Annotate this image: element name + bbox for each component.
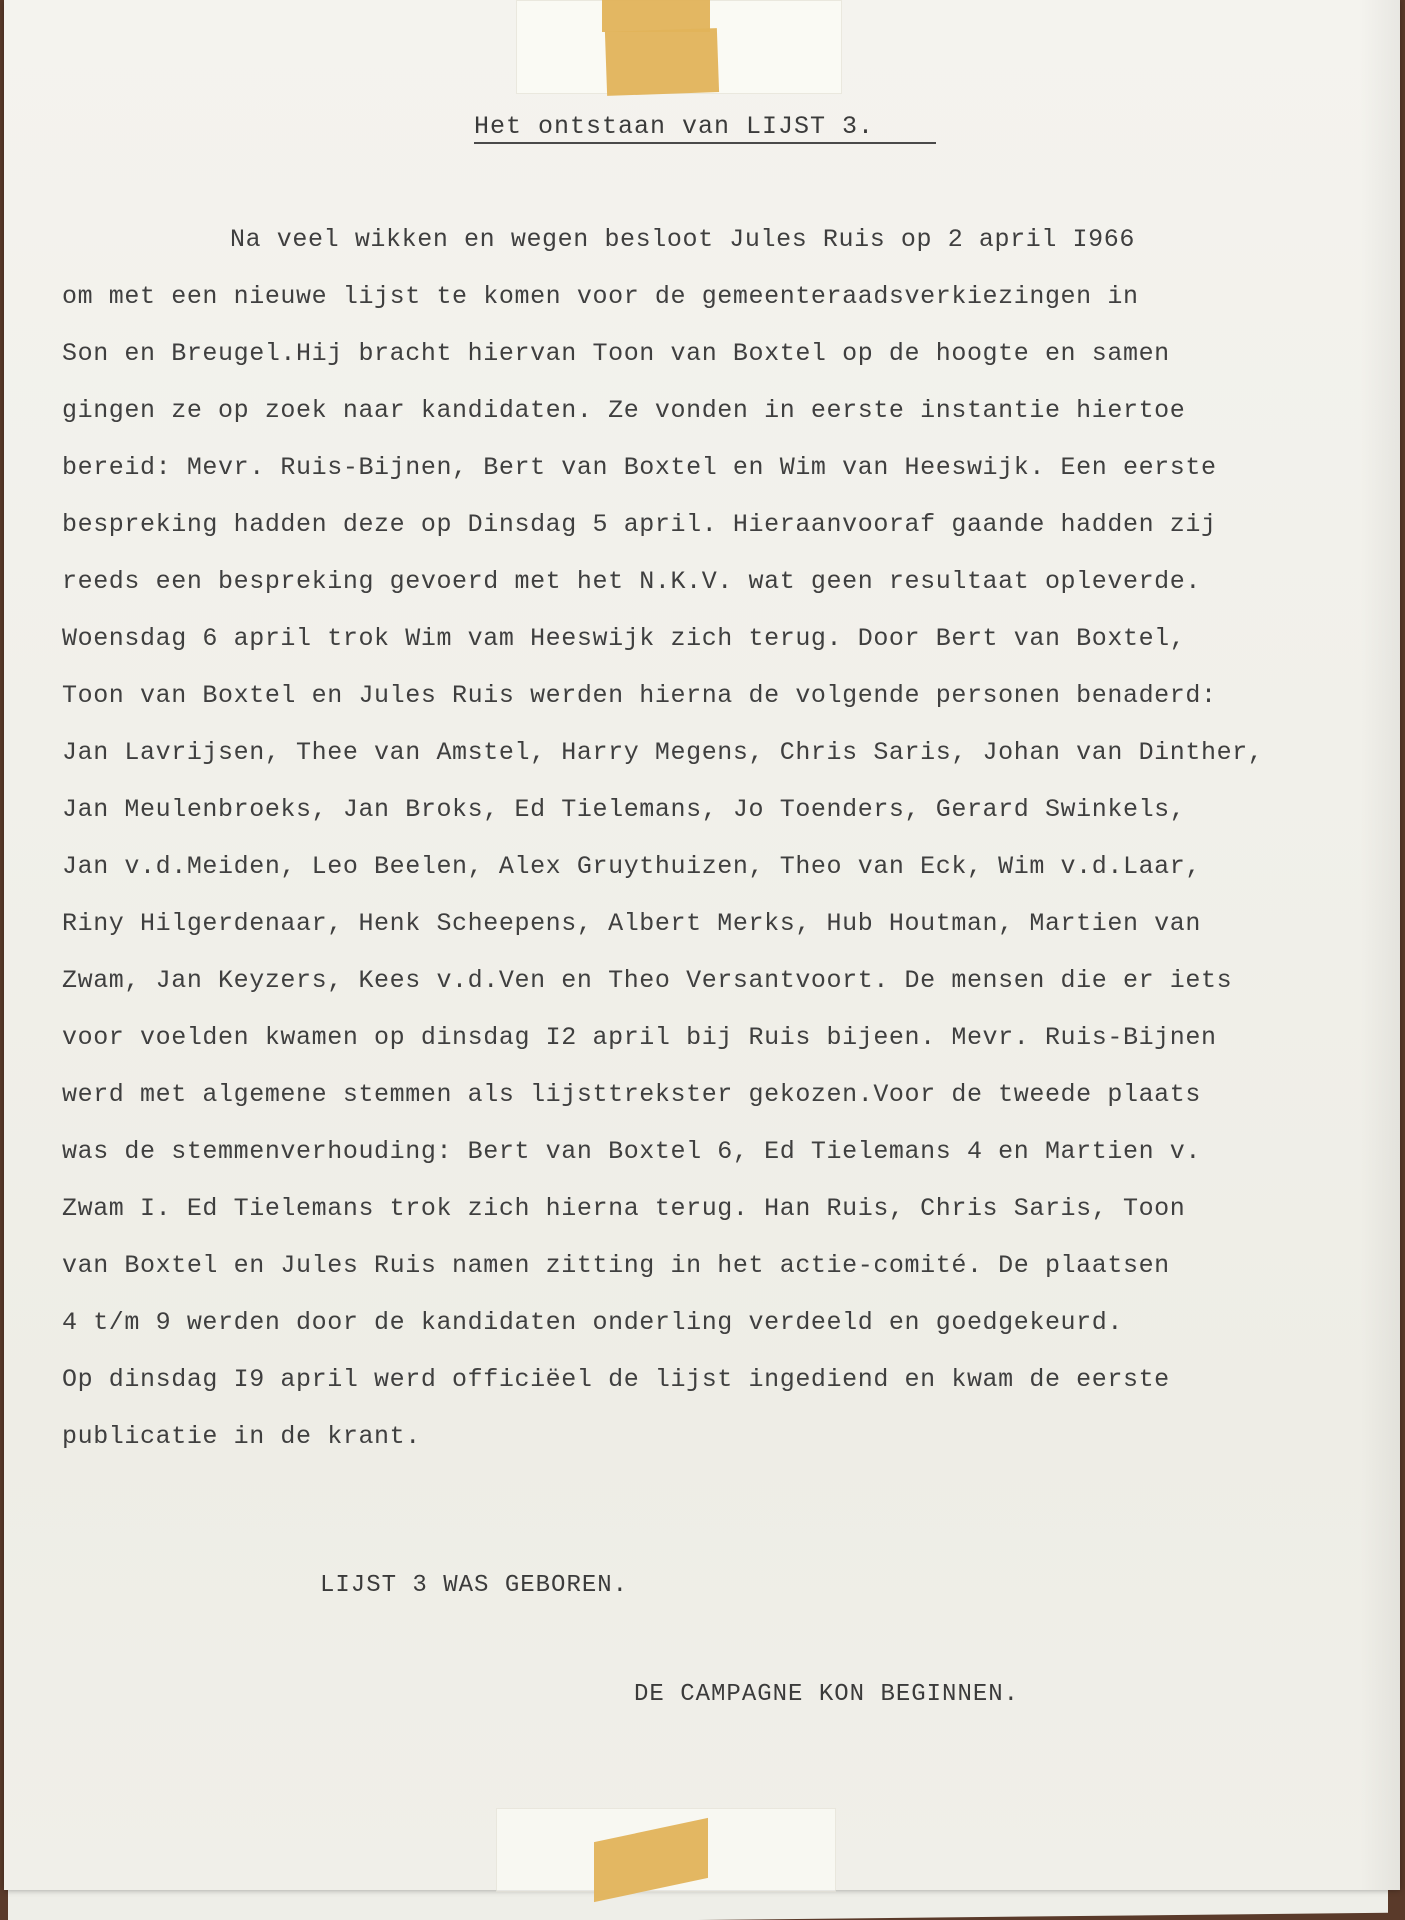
closing-statement-campaign: DE CAMPAGNE KON BEGINNEN.: [634, 1681, 1019, 1708]
text-line: van Boxtel en Jules Ruis namen zitting i…: [62, 1251, 1402, 1308]
text-line: Jan Meulenbroeks, Jan Broks, Ed Tieleman…: [62, 795, 1402, 852]
top-yellow-tape: [602, 0, 710, 32]
typewritten-page: Het ontstaan van LIJST 3. Na veel wikken…: [4, 0, 1400, 1890]
text-line: Toon van Boxtel en Jules Ruis werden hie…: [62, 681, 1402, 738]
title-underline: [474, 142, 936, 144]
top-yellow-tape-lower: [605, 28, 719, 96]
text-line: 4 t/m 9 werden door de kandidaten onderl…: [62, 1308, 1402, 1365]
text-line: Jan Lavrijsen, Thee van Amstel, Harry Me…: [62, 738, 1402, 795]
text-line: Zwam I. Ed Tielemans trok zich hierna te…: [62, 1194, 1402, 1251]
text-line: bereid: Mevr. Ruis-Bijnen, Bert van Boxt…: [62, 453, 1402, 510]
text-line: Woensdag 6 april trok Wim vam Heeswijk z…: [62, 624, 1402, 681]
text-line: bespreking hadden deze op Dinsdag 5 apri…: [62, 510, 1402, 567]
closing-statement-born: LIJST 3 WAS GEBOREN.: [320, 1572, 628, 1599]
text-line: publicatie in de krant.: [62, 1422, 1402, 1479]
text-line: Na veel wikken en wegen besloot Jules Ru…: [62, 225, 1402, 282]
text-line: gingen ze op zoek naar kandidaten. Ze vo…: [62, 396, 1402, 453]
text-line: was de stemmenverhouding: Bert van Boxte…: [62, 1137, 1402, 1194]
page-title: Het ontstaan van LIJST 3.: [474, 112, 874, 141]
text-line: om met een nieuwe lijst te komen voor de…: [62, 282, 1402, 339]
text-line: Riny Hilgerdenaar, Henk Scheepens, Alber…: [62, 909, 1402, 966]
text-line: Son en Breugel.Hij bracht hiervan Toon v…: [62, 339, 1402, 396]
text-line: Jan v.d.Meiden, Leo Beelen, Alex Gruythu…: [62, 852, 1402, 909]
text-line: Zwam, Jan Keyzers, Kees v.d.Ven en Theo …: [62, 966, 1402, 1023]
body-paragraph: Na veel wikken en wegen besloot Jules Ru…: [62, 225, 1402, 1479]
text-line: voor voelden kwamen op dinsdag I2 april …: [62, 1023, 1402, 1080]
text-line: werd met algemene stemmen als lijsttreks…: [62, 1080, 1402, 1137]
text-line: Op dinsdag I9 april werd officiëel de li…: [62, 1365, 1402, 1422]
text-line: reeds een bespreking gevoerd met het N.K…: [62, 567, 1402, 624]
